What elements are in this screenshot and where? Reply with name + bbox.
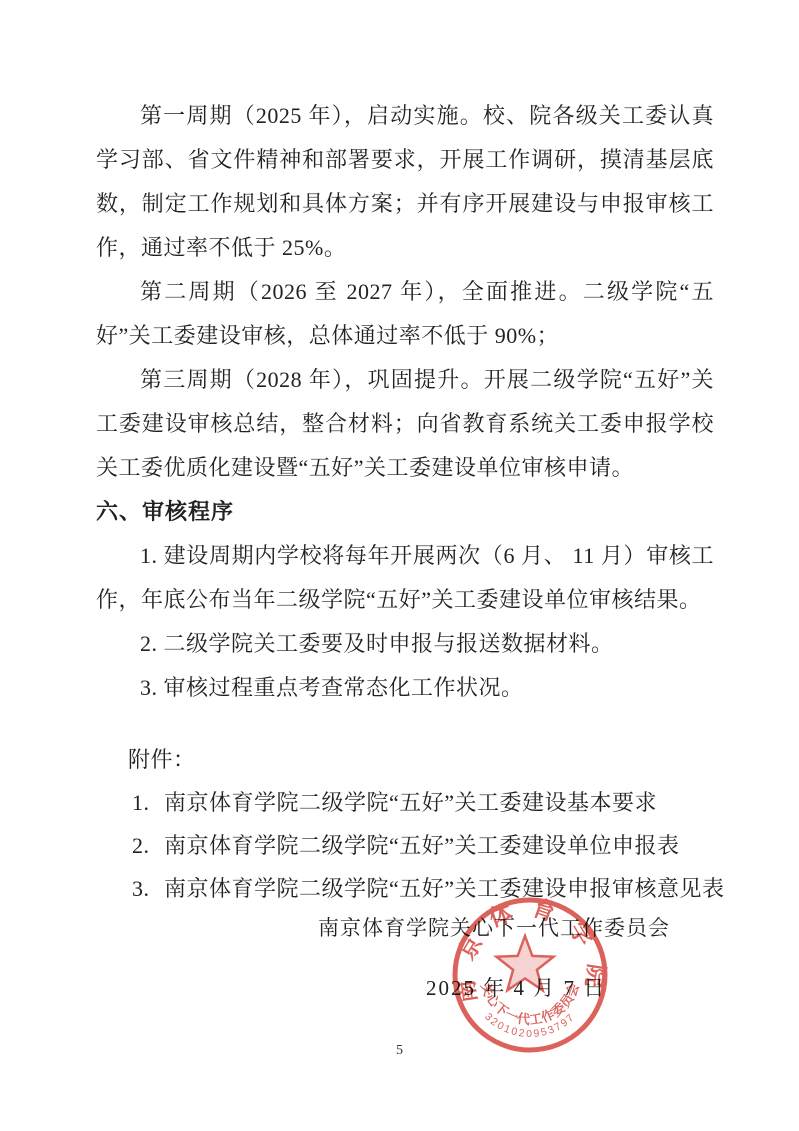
attachment-item-2: 2.南京体育学院二级学院“五好”关工委建设单位申报表: [132, 824, 714, 867]
attachments-section: 附件： 1.南京体育学院二级学院“五好”关工委建设基本要求 2.南京体育学院二级…: [96, 738, 714, 910]
review-item-3: 3. 审核过程重点考查常态化工作状况。: [96, 666, 714, 710]
attachment-title: 南京体育学院二级学院“五好”关工委建设单位申报表: [164, 833, 680, 858]
paragraph-cycle-1: 第一周期（2025 年），启动实施。校、院各级关工委认真学习部、省文件精神和部署…: [96, 94, 714, 270]
attachment-title: 南京体育学院二级学院“五好”关工委建设基本要求: [164, 790, 657, 815]
official-seal: 南京体育学院 关心下一代工作委员会 3201020953797: [446, 890, 614, 1058]
page-number: 5: [0, 1043, 799, 1059]
attachments-label: 附件：: [128, 738, 714, 781]
seal-star-icon: [496, 936, 553, 990]
attachment-item-1: 1.南京体育学院二级学院“五好”关工委建设基本要求: [132, 781, 714, 824]
review-item-2: 2. 二级学院关工委要及时申报与报送数据材料。: [96, 622, 714, 666]
document-page: 第一周期（2025 年），启动实施。校、院各级关工委认真学习部、省文件精神和部署…: [0, 0, 799, 1131]
document-body: 第一周期（2025 年），启动实施。校、院各级关工委认真学习部、省文件精神和部署…: [96, 94, 714, 910]
paragraph-cycle-3: 第三周期（2028 年），巩固提升。开展二级学院“五好”关工委建设审核总结，整合…: [96, 358, 714, 490]
attachment-number: 3.: [132, 867, 164, 910]
attachment-number: 1.: [132, 781, 164, 824]
attachment-number: 2.: [132, 824, 164, 867]
review-item-1: 1. 建设周期内学校将每年开展两次（6 月、 11 月）审核工作，年底公布当年二…: [96, 534, 714, 622]
paragraph-cycle-2: 第二周期（2026 至 2027 年），全面推进。二级学院“五好”关工委建设审核…: [96, 270, 714, 358]
section-heading-review-procedure: 六、审核程序: [96, 490, 714, 534]
attachment-title: 南京体育学院二级学院“五好”关工委建设申报审核意见表: [164, 876, 725, 901]
attachment-item-3: 3.南京体育学院二级学院“五好”关工委建设申报审核意见表: [132, 867, 714, 910]
